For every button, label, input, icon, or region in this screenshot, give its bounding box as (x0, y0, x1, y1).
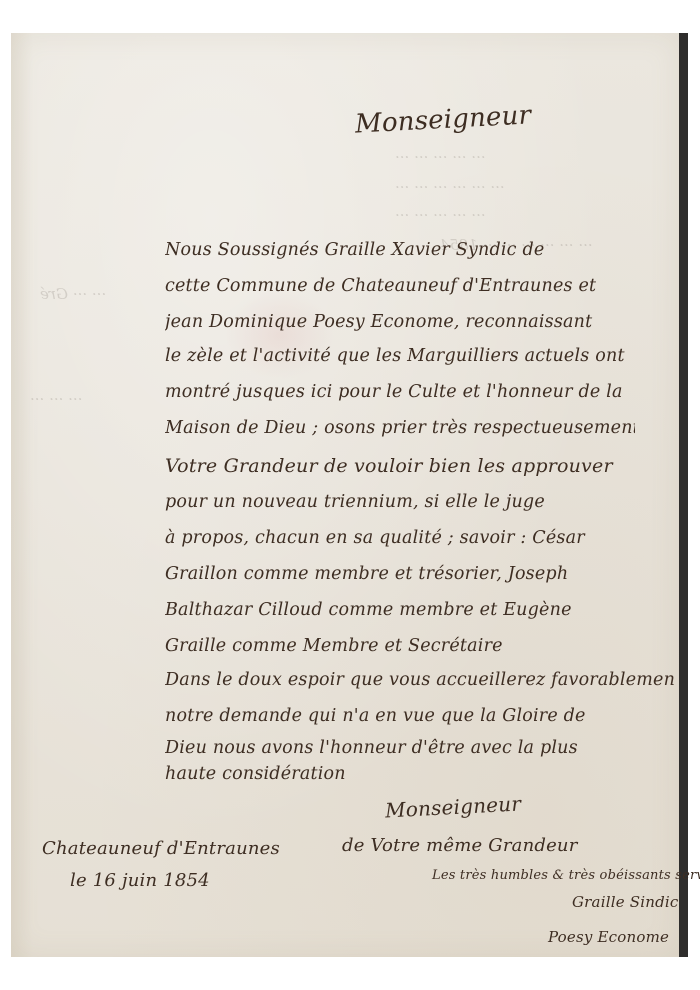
signature-graille: Graille Sindic (572, 893, 678, 911)
scan-edge (679, 33, 688, 957)
bleed-through-text: ··· ··· ··· ··· ··· (395, 148, 486, 166)
body-line: montré jusques ici pour le Culte et l'ho… (165, 382, 635, 402)
body-line: Votre Grandeur de vouloir bien les appro… (165, 455, 635, 477)
bleed-through-text: ··· ··· ··· ··· ··· ··· (395, 178, 505, 196)
body-line: jean Dominique Poesy Econome, reconnaiss… (165, 312, 635, 332)
body-line: à propos, chacun en sa qualité ; savoir … (165, 528, 635, 548)
body-line: Balthazar Cilloud comme membre et Eugène (165, 600, 635, 620)
paper-stain (225, 290, 335, 380)
body-line: Maison de Dieu ; osons prier très respec… (165, 418, 635, 438)
place: Chateauneuf d'Entraunes (42, 838, 280, 859)
bleed-through-text: ··· ··· ··· (30, 390, 82, 408)
body-line: Graillon comme membre et trésorier, Jose… (165, 564, 635, 584)
body-line: pour un nouveau triennium, si elle le ju… (165, 492, 635, 512)
body-line: Nous Soussignés Graille Xavier Syndic de (165, 240, 635, 260)
bleed-through-text: ··· ··· ··· ··· ··· (395, 206, 486, 224)
signature-poesy: Poesy Econome (548, 928, 669, 946)
closing-line: de Votre même Grandeur (342, 835, 578, 856)
bleed-through-text: ··· ··· Gré (40, 285, 106, 303)
body-line: Dans le doux espoir que vous accueillere… (165, 670, 675, 690)
body-line: notre demande qui n'a en vue que la Gloi… (165, 706, 635, 726)
paper-fold-shadow (11, 33, 33, 957)
body-line: cette Commune de Chateauneuf d'Entraunes… (165, 276, 635, 296)
closing-humble-formula: Les très humbles & très obéissants servi… (432, 868, 700, 883)
body-line: Dieu nous avons l'honneur d'être avec la… (165, 738, 635, 758)
date: le 16 juin 1854 (70, 870, 210, 891)
body-line: Graille comme Membre et Secrétaire (165, 636, 635, 656)
body-line: le zèle et l'activité que les Marguillie… (165, 346, 635, 366)
body-line: haute considération (165, 764, 635, 784)
